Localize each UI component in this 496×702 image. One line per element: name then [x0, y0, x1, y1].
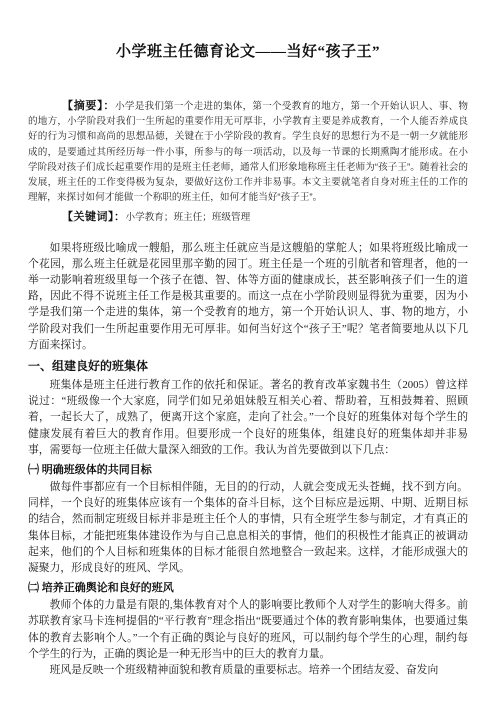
document-page: 小学班主任德育论文——当好“孩子王” 【摘要】：小学是我们第一个走进的集体，第一… [0, 0, 496, 702]
abstract-label: 【摘要】： [62, 100, 115, 112]
intro-paragraph: 如果将班级比喻成一艘船，那么班主任就应当是这艘船的掌舵人；如果将班级比喻成一个花… [28, 240, 468, 353]
section-1-intro-paragraph: 班集体是班主任进行教育工作的依托和保证。著名的教育改革家魏书生（2005）曾这样… [28, 377, 468, 458]
section-1-heading: 一、组建良好的班集体 [28, 357, 468, 374]
keywords-paragraph: 【关键词】：小学教育；班主任；班级管理 [28, 210, 468, 225]
abstract-text: 小学是我们第一个走进的集体，第一个受教育的地方，第一个开始认识人、事、物的地方，… [28, 101, 468, 203]
keywords-text: 小学教育；班主任；班级管理 [126, 212, 251, 223]
keywords-label: 【关键词】： [62, 211, 126, 223]
subsection-1-2-paragraph-2: 班风是反映一个班级精神面貌和教育质量的重要标志。培养一个团结友爱、奋发向 [28, 662, 468, 678]
page-title: 小学班主任德育论文——当好“孩子王” [28, 40, 468, 61]
subsection-1-2-paragraph: 教师个体的力量是有限的,集体教育对个人的影响要比教师个人对学生的影响大得多。前苏… [28, 597, 468, 662]
subsection-1-2-heading: ㈡ 培养正确舆论和良好的班风 [28, 579, 468, 595]
abstract-paragraph: 【摘要】：小学是我们第一个走进的集体，第一个受教育的地方，第一个开始认识人、事、… [28, 99, 468, 205]
subsection-1-1-paragraph: 做每件事都应有一个目标相伴随，无目的的行动，人就会变成无头苍蝇，找不到方向。同样… [28, 479, 468, 576]
subsection-1-1-heading: ㈠ 明确班级体的共同目标 [28, 461, 468, 477]
